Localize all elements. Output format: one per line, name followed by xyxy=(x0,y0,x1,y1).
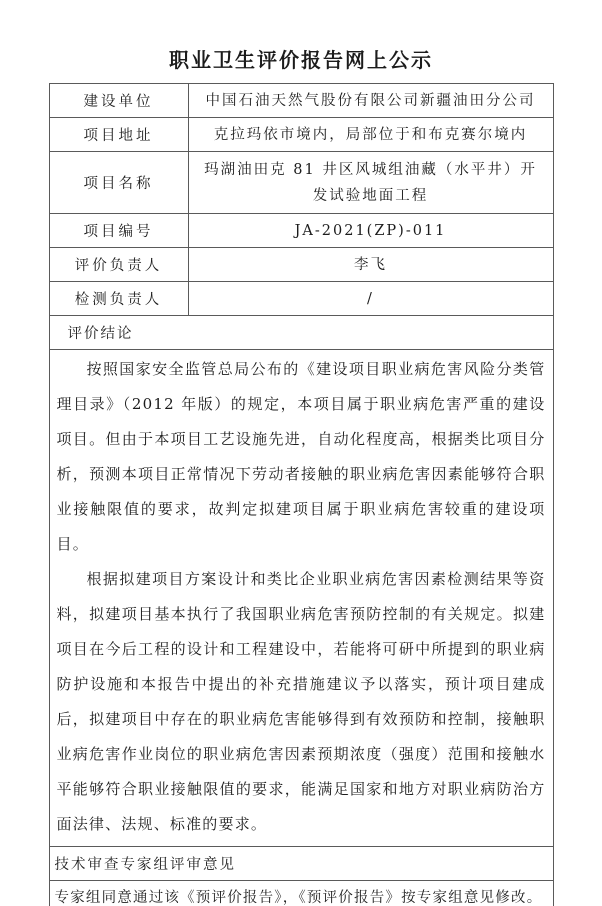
table-row: 建设单位 中国石油天然气股份有限公司新疆油田分公司 xyxy=(49,84,553,118)
info-row-label: 检测负责人 xyxy=(49,282,188,316)
table-row: 评价结论 xyxy=(49,316,553,350)
table-row: 评价负责人 李飞 xyxy=(49,248,553,282)
info-row-value: 中国石油天然气股份有限公司新疆油田分公司 xyxy=(188,84,553,118)
conclusion-body: 按照国家安全监管总局公布的《建设项目职业病危害风险分类管理目录》（2012 年版… xyxy=(49,350,553,847)
page-title: 职业卫生评价报告网上公示 xyxy=(0,44,602,73)
table-row: 项目地址 克拉玛依市境内，局部位于和布克赛尔境内 xyxy=(49,118,553,152)
info-row-label: 项目地址 xyxy=(49,118,188,152)
review-header: 技术审查专家组评审意见 xyxy=(49,847,553,881)
info-row-label: 建设单位 xyxy=(49,84,188,118)
info-row-value: JA-2021(ZP)-011 xyxy=(188,214,553,248)
info-row-value: 玛湖油田克 81 井区风城组油藏（水平井）开发试验地面工程 xyxy=(188,152,553,214)
table-row: 按照国家安全监管总局公布的《建设项目职业病危害风险分类管理目录》（2012 年版… xyxy=(49,350,553,847)
info-row-value: / xyxy=(188,282,553,316)
table-row: 专家组同意通过该《预评价报告》，《预评价报告》按专家组意见修改。 xyxy=(49,881,553,906)
info-row-value: 克拉玛依市境内，局部位于和布克赛尔境内 xyxy=(188,118,553,152)
table-row: 项目编号 JA-2021(ZP)-011 xyxy=(49,214,553,248)
info-row-label: 项目编号 xyxy=(49,214,188,248)
info-row-label: 项目名称 xyxy=(49,152,188,214)
table-row: 项目名称 玛湖油田克 81 井区风城组油藏（水平井）开发试验地面工程 xyxy=(49,152,553,214)
info-row-label: 评价负责人 xyxy=(49,248,188,282)
review-comment: 专家组同意通过该《预评价报告》，《预评价报告》按专家组意见修改。 xyxy=(49,881,553,906)
table-row: 检测负责人 / xyxy=(49,282,553,316)
document-page: 职业卫生评价报告网上公示 建设单位 中国石油天然气股份有限公司新疆油田分公司 项… xyxy=(0,0,602,906)
table-row: 技术审查专家组评审意见 xyxy=(49,847,553,881)
info-row-value: 李飞 xyxy=(188,248,553,282)
conclusion-paragraph: 根据拟建项目方案设计和类比企业职业病危害因素检测结果等资料，拟建项目基本执行了我… xyxy=(57,562,546,842)
notice-table: 建设单位 中国石油天然气股份有限公司新疆油田分公司 项目地址 克拉玛依市境内，局… xyxy=(49,83,554,906)
conclusion-header: 评价结论 xyxy=(49,316,553,350)
conclusion-paragraph: 按照国家安全监管总局公布的《建设项目职业病危害风险分类管理目录》（2012 年版… xyxy=(57,352,546,562)
